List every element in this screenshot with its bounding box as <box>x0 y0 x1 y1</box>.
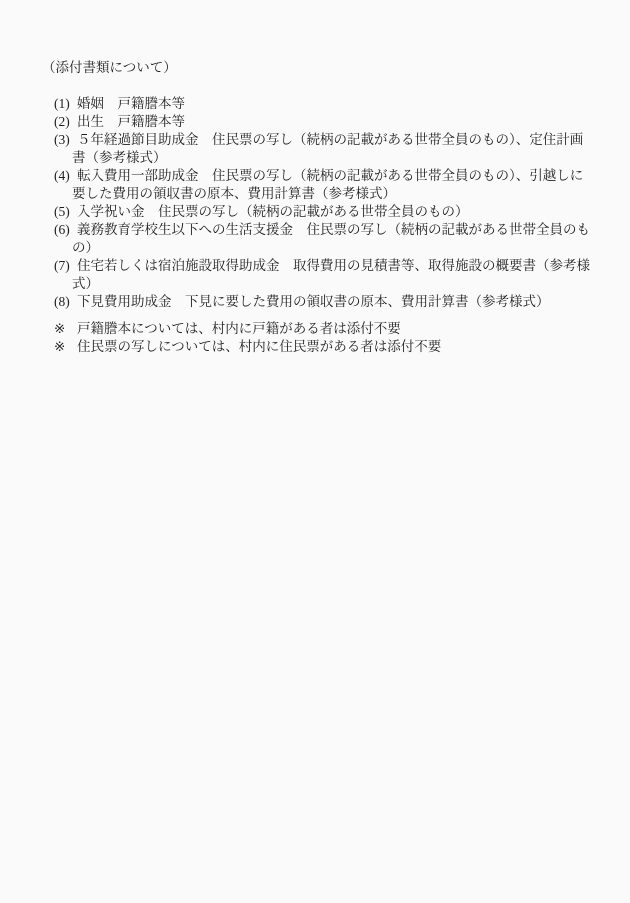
list-item: (6)義務教育学校生以下への生活支援金 住民票の写し（続柄の記載がある世帯全員の… <box>54 221 594 257</box>
item-number: (1) <box>54 95 77 113</box>
note-text: 戸籍謄本については、村内に戸籍がある者は添付不要 <box>77 321 401 336</box>
note-text: 住民票の写しについては、村内に住民票がある者は添付不要 <box>77 339 441 354</box>
list-item: (4)転入費用一部助成金 住民票の写し（続柄の記載がある世帯全員のもの）、引越し… <box>54 167 594 203</box>
list-item: (2)出生 戸籍謄本等 <box>54 113 594 131</box>
item-text: 義務教育学校生以下への生活支援金 住民票の写し（続柄の記載がある世帯全員のも の… <box>72 222 590 255</box>
item-text: 住宅若しくは宿泊施設取得助成金 取得費用の見積書等、取得施設の概要書（参考様 式… <box>72 258 590 291</box>
notes-section: ※戸籍謄本については、村内に戸籍がある者は添付不要 ※住民票の写しについては、村… <box>54 320 594 356</box>
attachment-list: (1)婚姻 戸籍謄本等 (2)出生 戸籍謄本等 (3)５年経過節目助成金 住民票… <box>54 95 594 311</box>
item-number: (2) <box>54 113 77 131</box>
item-text: 婚姻 戸籍謄本等 <box>77 96 185 111</box>
item-number: (4) <box>54 167 77 185</box>
list-item: (5)入学祝い金 住民票の写し（続柄の記載がある世帯全員のもの） <box>54 203 594 221</box>
item-text: ５年経過節目助成金 住民票の写し（続柄の記載がある世帯全員のもの）、定住計画 書… <box>72 132 583 165</box>
note-item: ※戸籍謄本については、村内に戸籍がある者は添付不要 <box>54 320 594 338</box>
item-number: (7) <box>54 257 77 275</box>
reference-mark: ※ <box>54 320 77 338</box>
item-text: 下見費用助成金 下見に要した費用の領収書の原本、費用計算書（参考様式） <box>77 294 550 309</box>
list-item: (7)住宅若しくは宿泊施設取得助成金 取得費用の見積書等、取得施設の概要書（参考… <box>54 257 594 293</box>
list-item: (3)５年経過節目助成金 住民票の写し（続柄の記載がある世帯全員のもの）、定住計… <box>54 131 594 167</box>
item-text: 入学祝い金 住民票の写し（続柄の記載がある世帯全員のもの） <box>77 204 469 219</box>
item-number: (3) <box>54 131 77 149</box>
note-item: ※住民票の写しについては、村内に住民票がある者は添付不要 <box>54 338 594 356</box>
list-item: (8)下見費用助成金 下見に要した費用の領収書の原本、費用計算書（参考様式） <box>54 293 594 311</box>
item-text: 転入費用一部助成金 住民票の写し（続柄の記載がある世帯全員のもの）、引越しに 要… <box>72 168 583 201</box>
list-item: (1)婚姻 戸籍謄本等 <box>54 95 594 113</box>
item-text: 出生 戸籍謄本等 <box>77 114 185 129</box>
item-number: (8) <box>54 293 77 311</box>
page-title: （添付書類について） <box>42 59 630 77</box>
item-number: (6) <box>54 221 77 239</box>
reference-mark: ※ <box>54 338 77 356</box>
item-number: (5) <box>54 203 77 221</box>
document-page: （添付書類について） (1)婚姻 戸籍謄本等 (2)出生 戸籍謄本等 (3)５年… <box>0 0 630 903</box>
